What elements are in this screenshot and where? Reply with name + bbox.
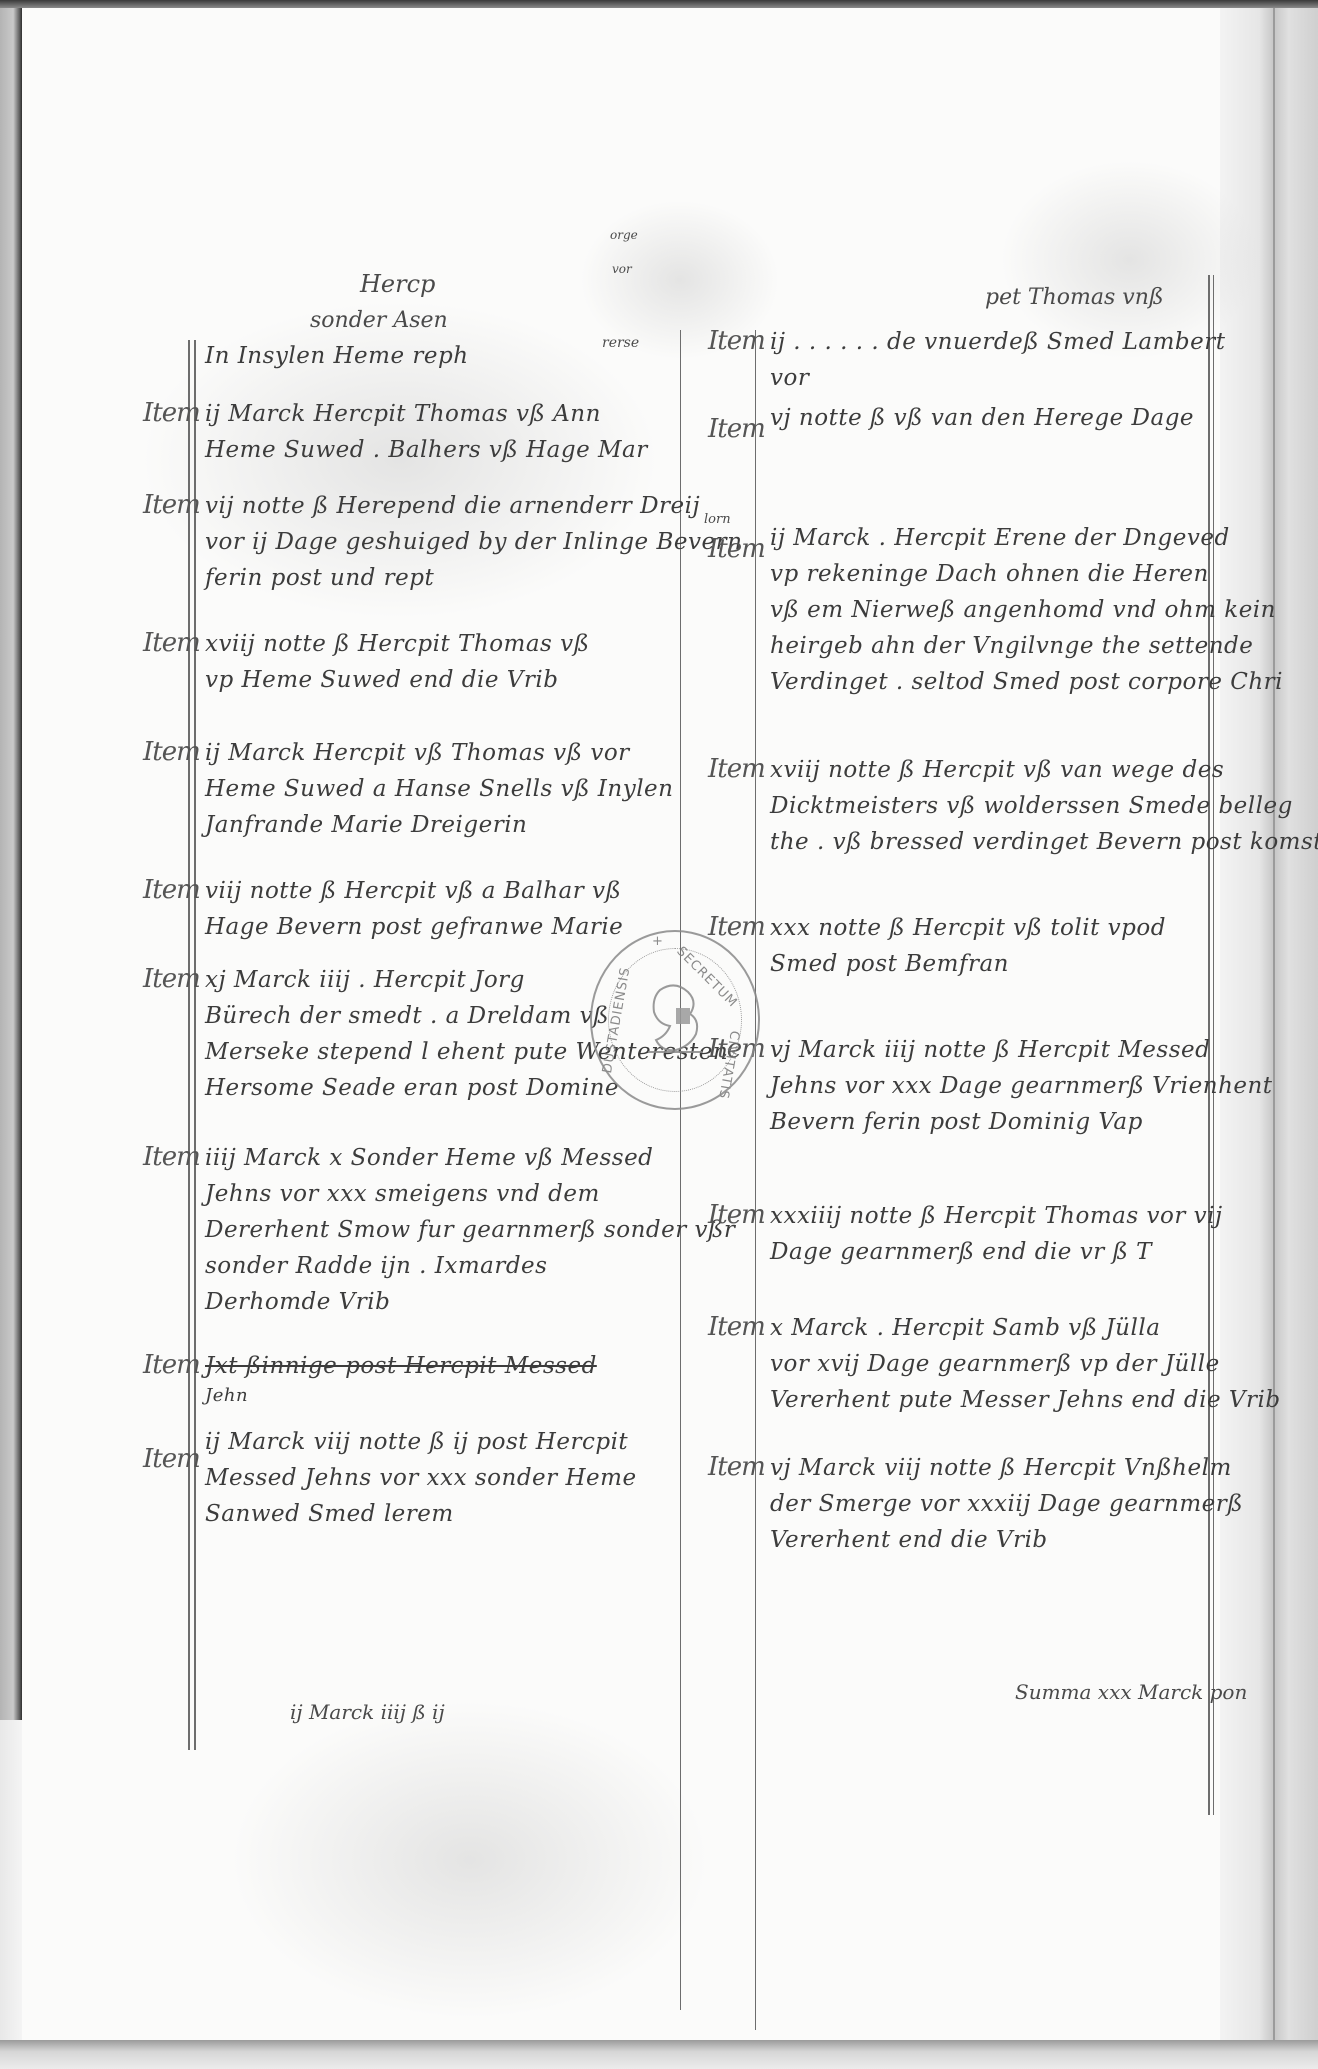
entry-line: vor ij Dage geshuiged by der Inlinge Bev… — [205, 524, 742, 560]
entry-line: Jehn — [205, 1384, 597, 1408]
ledger-entry: Item xxxiiij notte ß Hercpit Thomas vor … — [770, 1198, 1223, 1270]
seal-text-top: + — [652, 934, 664, 949]
entry-line: Jehns vor xxx Dage gearnmerß Vrienhent — [770, 1068, 1273, 1104]
header-center-note: rerse — [602, 335, 639, 351]
entry-line: Sanwed Smed lerem — [205, 1496, 637, 1532]
archive-seal-stamp: + SECRETUM CIVITATIS DUSTADIENSIS — [590, 930, 760, 1110]
entry-line: Jehns vor xxx smeigens vnd dem — [205, 1176, 735, 1212]
header-left-top: Hercp — [360, 270, 435, 298]
ledger-entry: Item iiij Marck x Sonder Heme vß Messed … — [205, 1140, 735, 1320]
entry-line: viij notte ß Hercpit vß a Balhar vß — [205, 873, 623, 909]
entry-line: Heme Suwed . Balhers vß Hage Mar — [205, 432, 648, 468]
entry-line: ij Marck . Hercpit Erene der Dngeved — [770, 520, 1283, 556]
ledger-entry: Item vj Marck viij notte ß Hercpit Vnßhe… — [770, 1450, 1243, 1558]
center-rule-right — [755, 330, 756, 2030]
entry-line: Vererhent end die Vrib — [770, 1522, 1243, 1558]
item-mark: Item — [143, 737, 200, 767]
lion-emblem-icon — [640, 980, 710, 1060]
entry-line: the . vß bressed verdinget Bevern post k… — [770, 824, 1318, 860]
entry-line: vor xvij Dage gearnmerß vp der Jülle — [770, 1346, 1281, 1382]
entry-line: vß em Nierweß angenhomd vnd ohm kein — [770, 592, 1283, 628]
ledger-entry: Item vj Marck iiij notte ß Hercpit Messe… — [770, 1032, 1273, 1140]
item-mark: Item — [143, 1444, 200, 1474]
book-spine-left-lower — [0, 1720, 22, 2040]
entry-line: vj Marck viij notte ß Hercpit Vnßhelm — [770, 1450, 1243, 1486]
item-mark: Item — [708, 534, 765, 564]
entry-line: heirgeb ahn der Vngilvnge the settende — [770, 628, 1283, 664]
scan-top-edge — [0, 0, 1318, 8]
item-mark: Item — [708, 912, 765, 942]
entry-line: Messed Jehns vor xxx sonder Heme — [205, 1460, 637, 1496]
left-margin-rule-inner — [194, 340, 196, 1750]
header-center-note: vor — [612, 262, 632, 276]
entry-line: ij . . . . . . de vnuerdeß Smed Lambert — [770, 324, 1226, 360]
ledger-entry: Item x Marck . Hercpit Samb vß Jülla vor… — [770, 1310, 1281, 1418]
entry-line: Heme Suwed a Hanse Snells vß Inylen — [205, 771, 673, 807]
entry-line: vor — [770, 360, 1226, 396]
side-note: lorn — [704, 512, 731, 527]
ledger-entry: Item xviij notte ß Hercpit Thomas vß vp … — [205, 626, 590, 698]
item-mark: Item — [143, 398, 200, 428]
ledger-entry: Item lorn ij Marck . Hercpit Erene der D… — [770, 520, 1283, 700]
left-margin-rule — [188, 340, 190, 1750]
ledger-entry: Item ij . . . . . . de vnuerdeß Smed Lam… — [770, 324, 1226, 396]
entry-line: vp Heme Suwed end die Vrib — [205, 662, 590, 698]
entry-line: Dererhent Smow fur gearnmerß sonder vßr — [205, 1212, 735, 1248]
item-mark: Item — [143, 1142, 200, 1172]
entry-line: xviij notte ß Hercpit Thomas vß — [205, 626, 590, 662]
header-left-sub: sonder Asen — [310, 308, 448, 333]
entry-line: xviij notte ß Hercpit vß van wege des — [770, 752, 1318, 788]
item-mark: Item — [708, 1200, 765, 1230]
entry-line: vij notte ß Herepend die arnenderr Dreij — [205, 488, 742, 524]
entry-line: Dage gearnmerß end die vr ß T — [770, 1234, 1223, 1270]
book-spine-left — [0, 8, 22, 1720]
entry-line: ij Marck Hercpit Thomas vß Ann — [205, 396, 648, 432]
ledger-entry: Item ij Marck viij notte ß ij post Hercp… — [205, 1424, 637, 1532]
ledger-entry: Item xxx notte ß Hercpit vß tolit vpod S… — [770, 910, 1166, 982]
entry-line: Bevern ferin post Dominig Vap — [770, 1104, 1273, 1140]
entry-line: vj notte ß vß van den Herege Dage — [770, 400, 1194, 436]
entry-line: ij Marck viij notte ß ij post Hercpit — [205, 1424, 637, 1460]
entry-line: Verdinget . seltod Smed post corpore Chr… — [770, 664, 1283, 700]
entry-line: ij Marck Hercpit vß Thomas vß vor — [205, 735, 673, 771]
ledger-entry-struck: Item Jxt ßinnige post Hercpit Messed Jeh… — [205, 1348, 597, 1408]
entry-line: der Smerge vor xxxiij Dage gearnmerß — [770, 1486, 1243, 1522]
entry-line: In Insylen Heme reph — [205, 338, 469, 374]
item-mark: Item — [708, 414, 765, 444]
entry-line: vp rekeninge Dach ohnen die Heren — [770, 556, 1283, 592]
left-footer-note: ij Marck iiij ß ij — [290, 1700, 445, 1724]
entry-line: xxxiiij notte ß Hercpit Thomas vor vij — [770, 1198, 1223, 1234]
item-mark: Item — [143, 628, 200, 658]
scan-bottom-edge — [0, 2040, 1318, 2069]
item-mark: Item — [143, 490, 200, 520]
item-mark: Item — [708, 1452, 765, 1482]
ledger-entry: Item ij Marck Hercpit Thomas vß Ann Heme… — [205, 396, 648, 468]
ledger-entry: Item ij Marck Hercpit vß Thomas vß vor H… — [205, 735, 673, 843]
item-mark: Item — [143, 1350, 200, 1380]
entry-line: Jxt ßinnige post Hercpit Messed — [205, 1348, 597, 1384]
entry-line: vj Marck iiij notte ß Hercpit Messed — [770, 1032, 1273, 1068]
entry-line: x Marck . Hercpit Samb vß Jülla — [770, 1310, 1281, 1346]
entry-line: iiij Marck x Sonder Heme vß Messed — [205, 1140, 735, 1176]
right-footer-sum: Summa xxx Marck pon — [1015, 1680, 1247, 1704]
entry-line: Janfrande Marie Dreigerin — [205, 807, 673, 843]
entry-line: Hage Bevern post gefranwe Marie — [205, 909, 623, 945]
ledger-entry: Item vj notte ß vß van den Herege Dage — [770, 400, 1194, 436]
entry-line: ferin post und rept — [205, 560, 742, 596]
ledger-entry: Item viij notte ß Hercpit vß a Balhar vß… — [205, 873, 623, 945]
item-mark: Item — [143, 875, 200, 905]
entry-line: Derhomde Vrib — [205, 1284, 735, 1320]
entry-line: Dicktmeisters vß wolderssen Smede belleg — [770, 788, 1318, 824]
ledger-entry: In Insylen Heme reph — [205, 338, 469, 374]
item-mark: Item — [708, 1312, 765, 1342]
entry-line: sonder Radde ijn . Ixmardes — [205, 1248, 735, 1284]
item-mark: Item — [708, 754, 765, 784]
page-curl-shadow — [1220, 8, 1318, 2040]
item-mark: Item — [708, 326, 765, 356]
header-center-note: orge — [610, 228, 638, 242]
item-mark: Item — [143, 964, 200, 994]
entry-line: xxx notte ß Hercpit vß tolit vpod — [770, 910, 1166, 946]
ledger-entry: Item vij notte ß Herepend die arnenderr … — [205, 488, 742, 596]
entry-line: Vererhent pute Messer Jehns end die Vrib — [770, 1382, 1281, 1418]
entry-line: Smed post Bemfran — [770, 946, 1166, 982]
page-fold-line — [1273, 8, 1275, 2040]
ledger-entry: Item xviij notte ß Hercpit vß van wege d… — [770, 752, 1318, 860]
header-right-top: pet Thomas vnß — [985, 285, 1164, 310]
